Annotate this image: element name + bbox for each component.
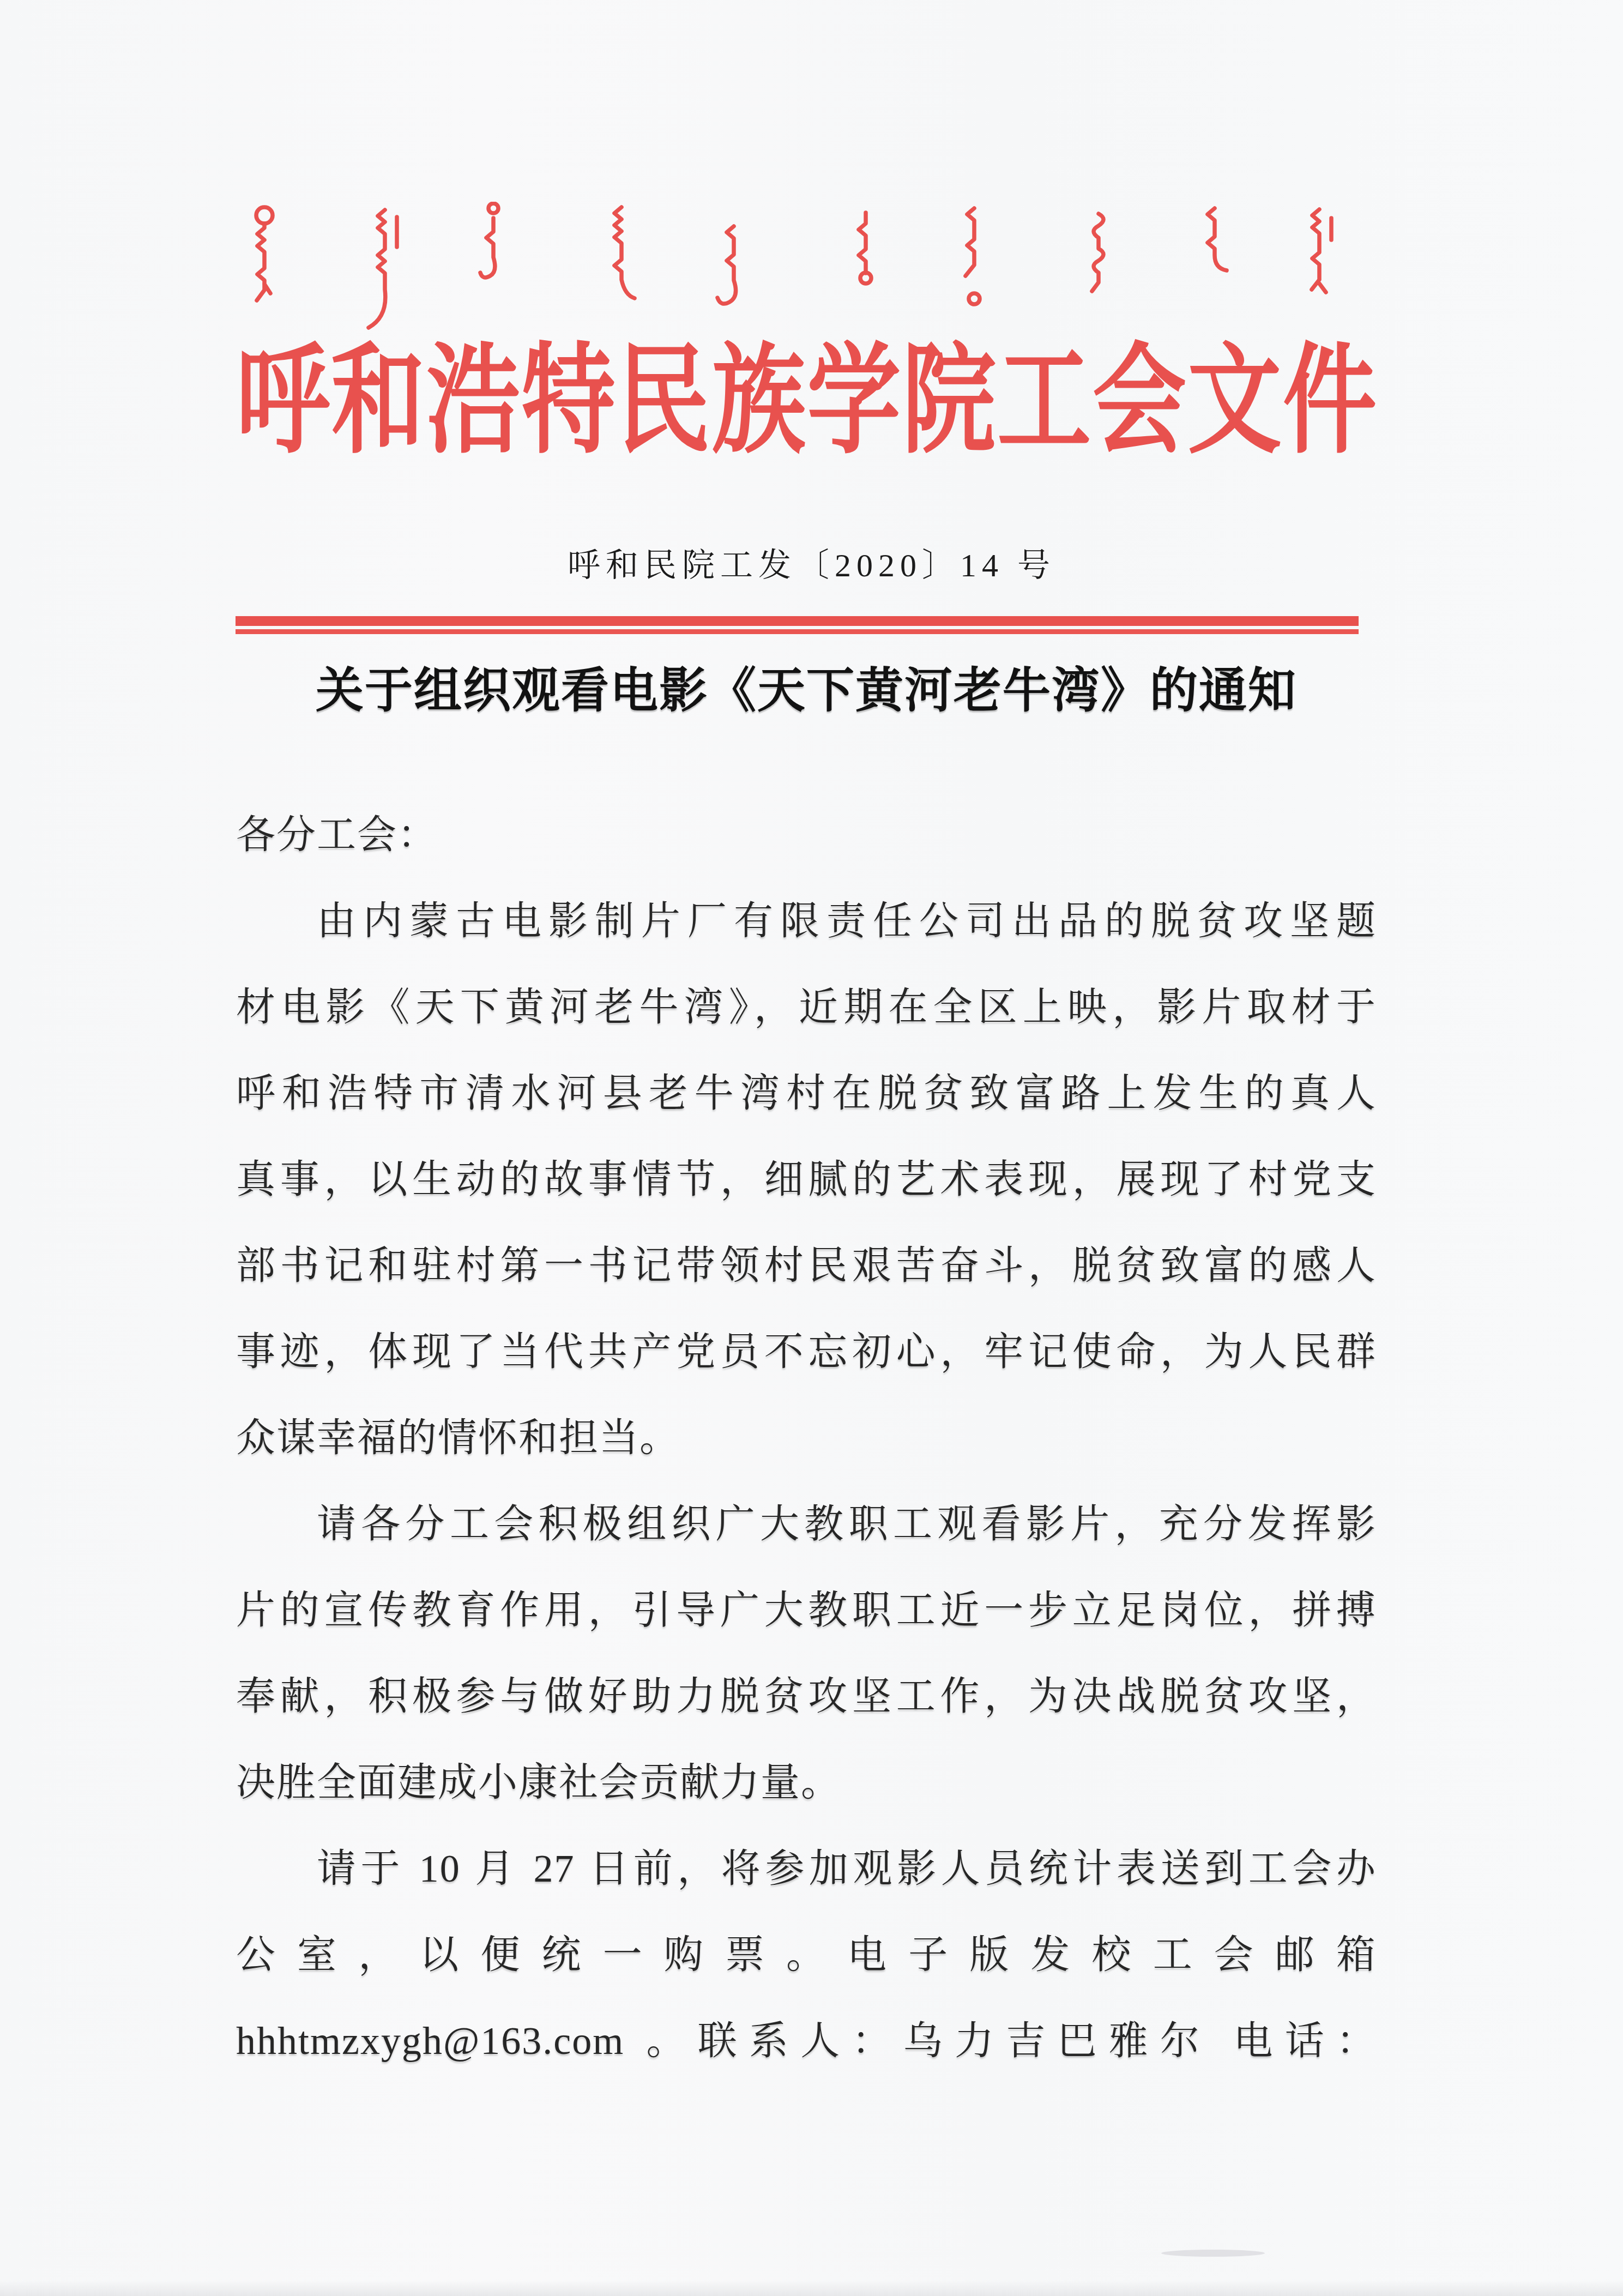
mongolian-script-header-icon <box>234 202 1379 338</box>
scan-smudge <box>1161 2250 1265 2257</box>
body-line: 部书记和驻村第一书记带领村民艰苦奋斗，脱贫致富的感人 <box>236 1222 1377 1309</box>
body-line: 请各分工会积极组织广大教职工观看影片，充分发挥影 <box>236 1481 1377 1567</box>
body-line: 真事，以生动的故事情节，细腻的艺术表现，展现了村党支 <box>236 1136 1377 1222</box>
red-divider <box>236 616 1359 634</box>
notice-body: 各分工会： 由内蒙古电影制片厂有限责任公司出品的脱贫攻坚题 材电影《天下黄河老牛… <box>236 792 1377 2084</box>
body-line: 事迹，体现了当代共产党员不忘初心，牢记使命，为人民群 <box>236 1309 1377 1395</box>
org-title: 呼和浩特民族学院工会文件 <box>236 342 1377 461</box>
red-divider-thin-line <box>236 629 1359 634</box>
body-line: 奉献，积极参与做好助力脱贫攻坚工作，为决战脱贫攻坚， <box>236 1653 1377 1739</box>
body-line-contact: hhhtmzxygh@163.com 。联系人：乌力吉巴雅尔 电话： <box>236 1998 1377 2084</box>
body-line-salutation: 各分工会： <box>236 792 1377 878</box>
red-divider-thick-line <box>236 616 1359 626</box>
body-line: 公室，以便统一购票。电子版发校工会邮箱 <box>236 1912 1377 1998</box>
notice-title: 关于组织观看电影《天下黄河老牛湾》的通知 <box>236 663 1377 720</box>
body-line: 片的宣传教育作用，引导广大教职工近一步立足岗位，拼搏 <box>236 1567 1377 1653</box>
scanned-document-page: 呼和浩特民族学院工会文件 呼和民院工发〔2020〕14 号 关于组织观看电影《天… <box>0 0 1623 2296</box>
body-line: 由内蒙古电影制片厂有限责任公司出品的脱贫攻坚题 <box>236 878 1377 964</box>
doc-number: 呼和民院工发〔2020〕14 号 <box>0 546 1623 584</box>
scan-bottom-shade <box>0 2281 1623 2296</box>
body-line: 决胜全面建成小康社会贡献力量。 <box>236 1739 1377 1825</box>
body-line: 呼和浩特市清水河县老牛湾村在脱贫致富路上发生的真人 <box>236 1050 1377 1136</box>
body-line: 请于 10 月 27 日前，将参加观影人员统计表送到工会办 <box>236 1825 1377 1912</box>
body-line: 众谋幸福的情怀和担当。 <box>236 1395 1377 1481</box>
body-line: 材电影《天下黄河老牛湾》，近期在全区上映，影片取材于 <box>236 964 1377 1050</box>
